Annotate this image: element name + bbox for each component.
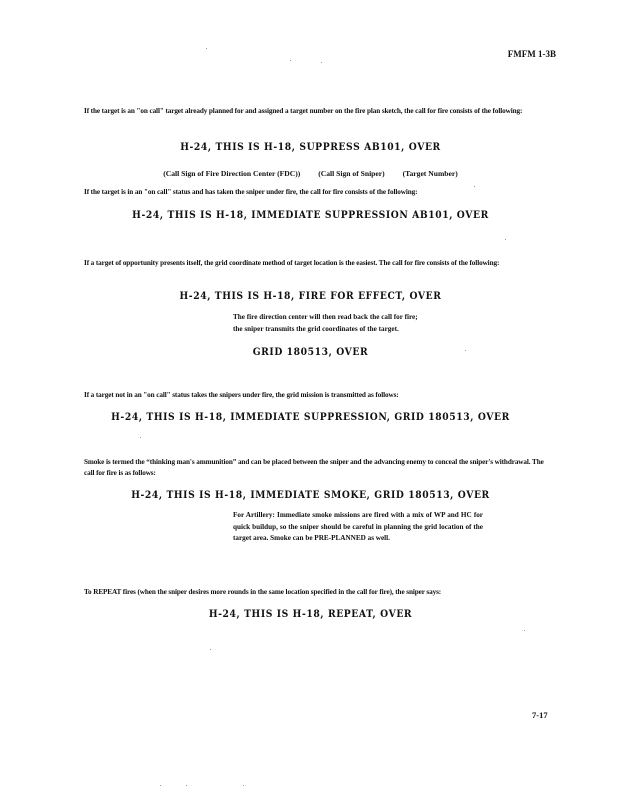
label-target-number: (Target Number) — [403, 169, 458, 178]
scan-speck — [524, 630, 525, 631]
fdc-readback-note: The fire direction center will then read… — [233, 312, 483, 335]
scan-speck — [243, 785, 244, 786]
label-sniper-call-sign: (Call Sign of Sniper) — [318, 169, 384, 178]
grid-transmission: GRID 180513, OVER — [0, 347, 621, 359]
call-for-fire-repeat: H-24, THIS IS H-18, REPEAT, OVER — [0, 609, 621, 621]
scan-speck — [321, 62, 322, 63]
paragraph-repeat: To REPEAT fires (when the sniper desires… — [84, 587, 554, 598]
scan-speck — [206, 48, 207, 49]
scan-speck — [140, 437, 141, 438]
scan-speck — [186, 785, 187, 786]
page-number: 7-17 — [532, 710, 548, 720]
call-for-fire-suppress: H-24, THIS IS H-18, SUPPRESS AB101, OVER — [0, 142, 621, 154]
scan-speck — [505, 239, 506, 240]
scan-speck — [210, 649, 211, 650]
call-for-fire-immediate-suppression: H-24, THIS IS H-18, IMMEDIATE SUPPRESSIO… — [0, 210, 621, 222]
scan-speck — [290, 60, 291, 61]
call-sign-labels: (Call Sign of Fire Direction Center (FDC… — [0, 169, 621, 178]
document-id: FMFM 1-3B — [508, 49, 556, 59]
paragraph-smoke: Smoke is termed the “thinking man's ammu… — [84, 457, 554, 478]
scan-speck — [160, 785, 161, 786]
scan-speck — [474, 186, 475, 187]
paragraph-grid-mission: If a target not in an "on call" status t… — [84, 390, 554, 401]
paragraph-on-call-target: If the target is an "on call" target alr… — [84, 106, 554, 117]
call-for-fire-immediate-smoke: H-24, THIS IS H-18, IMMEDIATE SMOKE, GRI… — [0, 490, 621, 502]
note-line: The fire direction center will then read… — [233, 312, 483, 324]
paragraph-target-of-opportunity: If a target of opportunity presents itse… — [84, 258, 554, 269]
artillery-smoke-note: For Artillery: Immediate smoke missions … — [233, 510, 483, 545]
call-for-fire-fire-for-effect: H-24, THIS IS H-18, FIRE FOR EFFECT, OVE… — [0, 291, 621, 303]
label-fdc-call-sign: (Call Sign of Fire Direction Center (FDC… — [163, 169, 300, 178]
call-for-fire-grid-suppression: H-24, THIS IS H-18, IMMEDIATE SUPPRESSIO… — [0, 412, 621, 424]
paragraph-on-call-under-fire: If the target is in an "on call" status … — [84, 187, 554, 198]
scan-speck — [465, 350, 466, 351]
note-line: the sniper transmits the grid coordinate… — [233, 324, 483, 336]
